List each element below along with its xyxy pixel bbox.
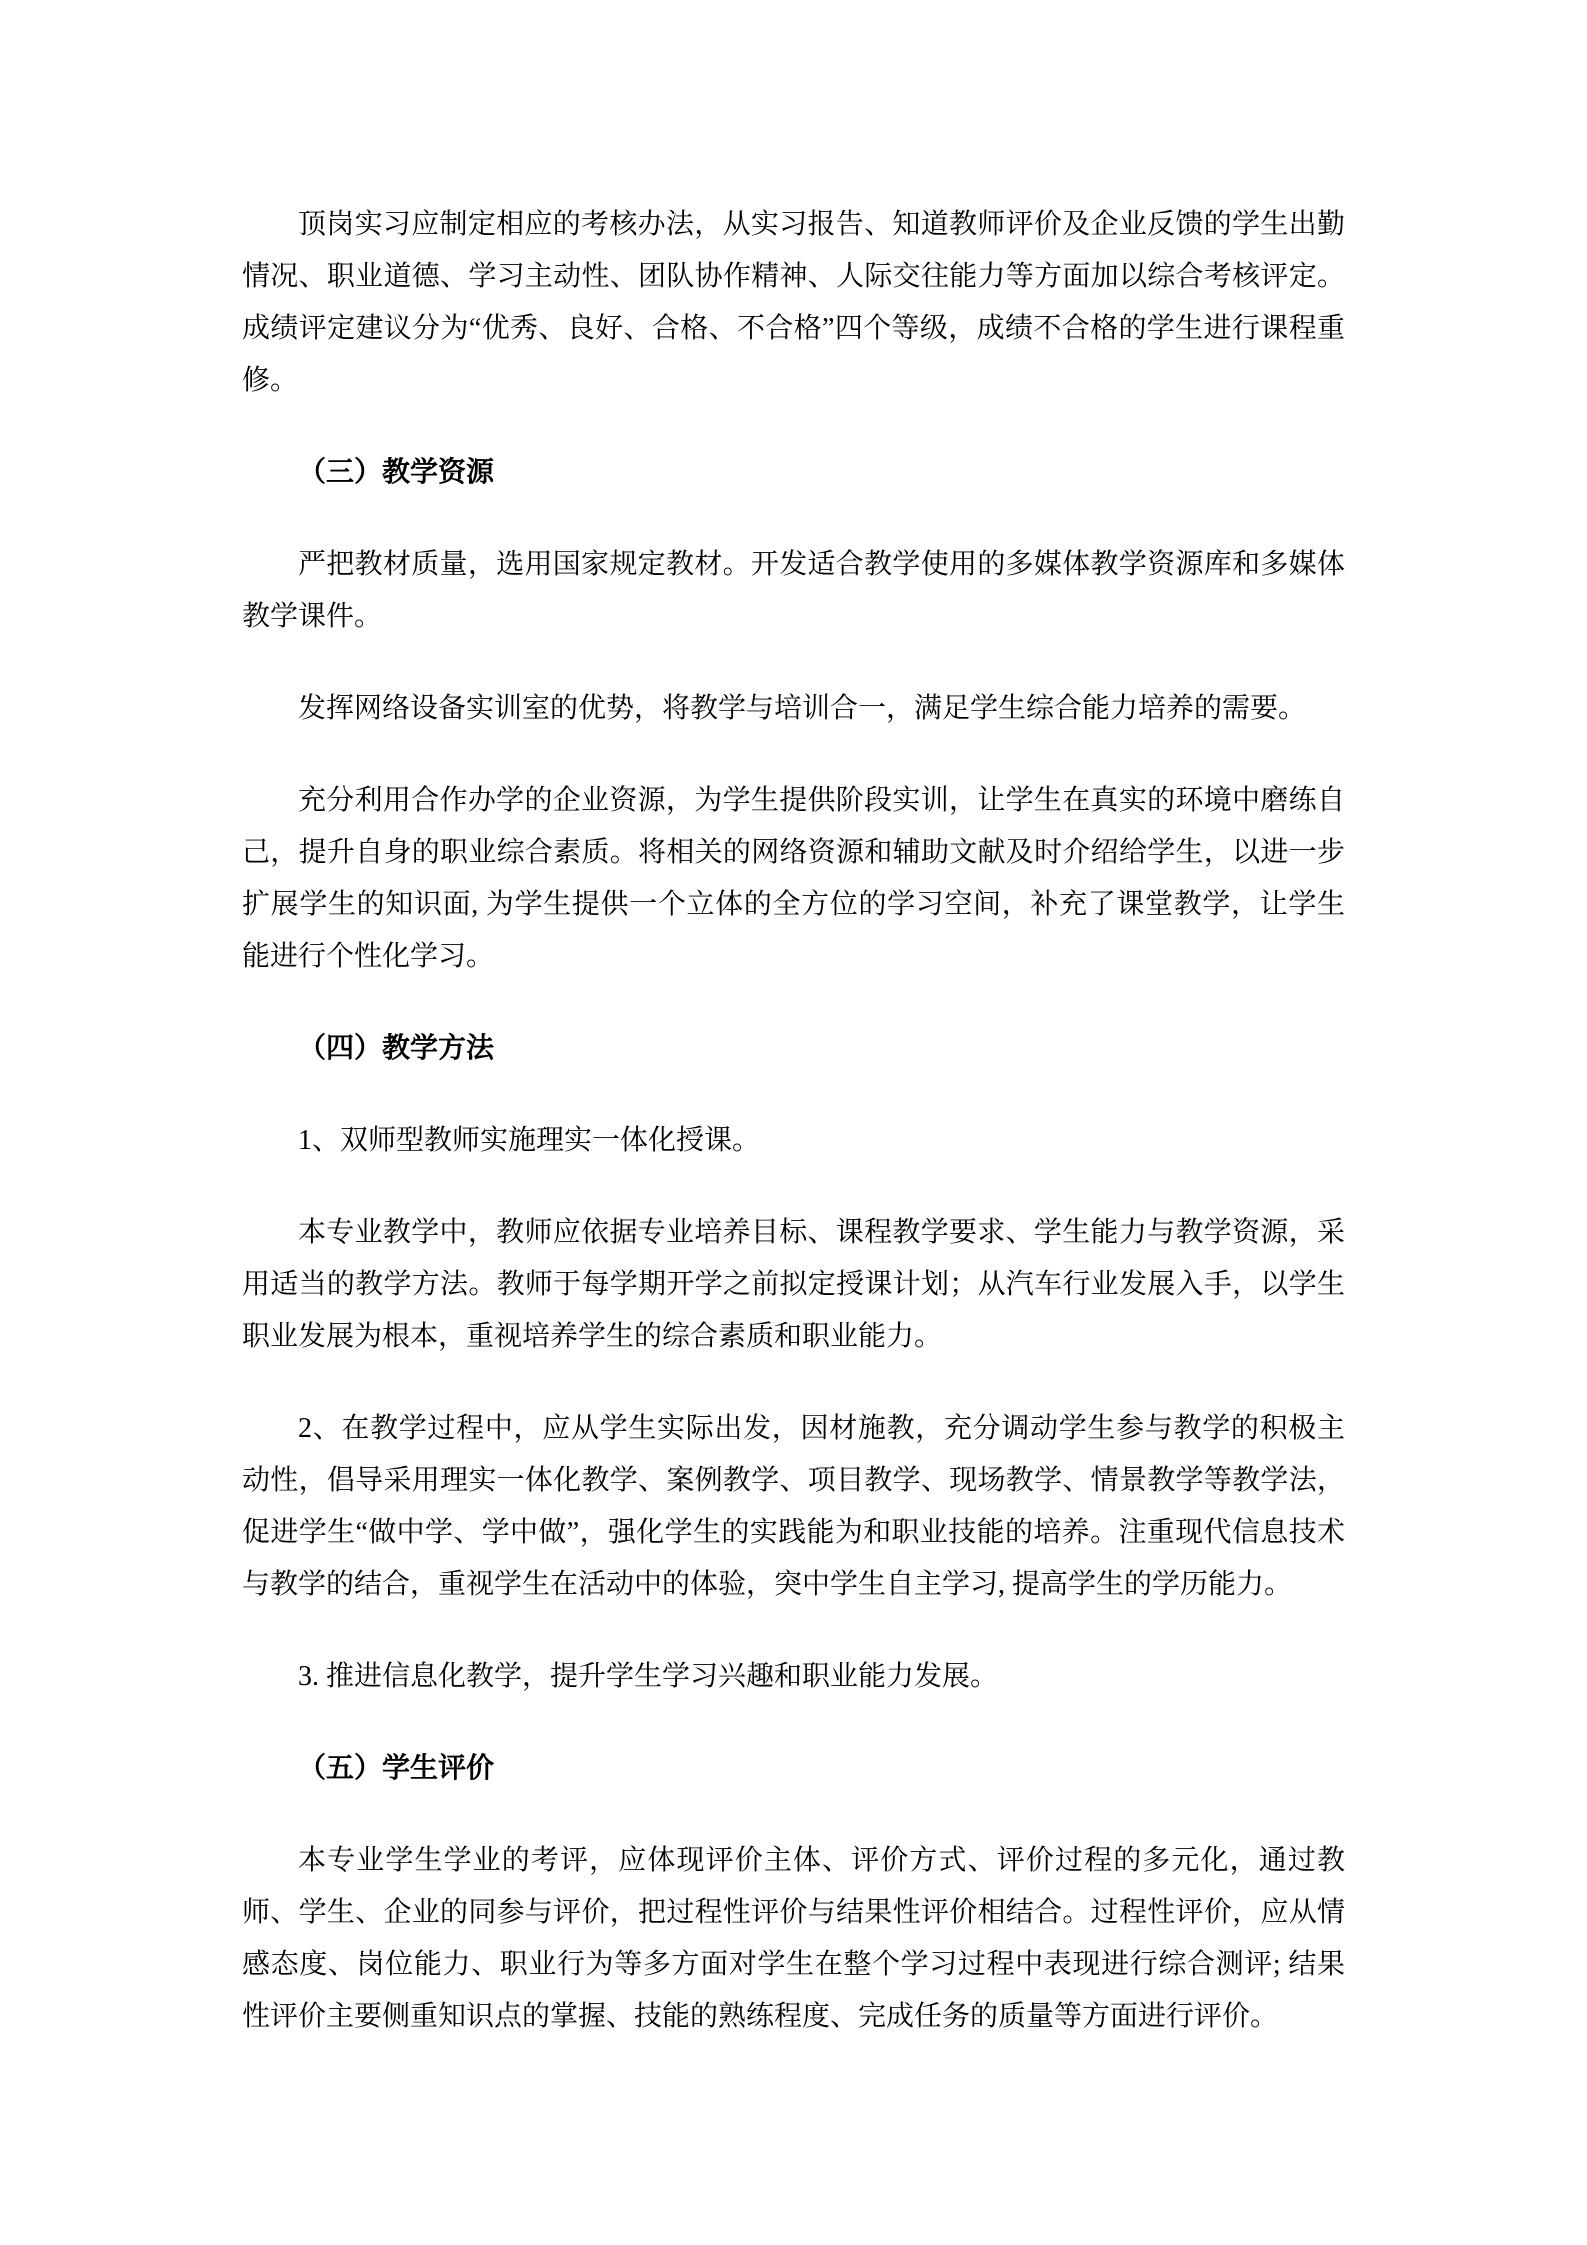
paragraph-textbook-quality: 严把教材质量，选用国家规定教材。开发适合教学使用的多媒体教学资源库和多媒体教学课…	[242, 539, 1345, 643]
section-heading-student-evaluation: （五）学生评价	[242, 1743, 1345, 1795]
paragraph-evaluation-detail: 本专业学生学业的考评，应体现评价主体、评价方式、评价过程的多元化，通过教师、学生…	[242, 1835, 1345, 2043]
document-page: 顶岗实习应制定相应的考核办法，从实习报告、知道教师评价及企业反馈的学生出勤情况、…	[0, 0, 1587, 2245]
paragraph-teaching-plan: 本专业教学中，教师应依据专业培养目标、课程教学要求、学生能力与教学资源，采用适当…	[242, 1207, 1345, 1363]
paragraph-internship-assessment: 顶岗实习应制定相应的考核办法，从实习报告、知道教师评价及企业反馈的学生出勤情况、…	[242, 199, 1345, 407]
paragraph-enterprise-resources: 充分利用合作办学的企业资源，为学生提供阶段实训，让学生在真实的环境中磨练自己，提…	[242, 775, 1345, 983]
paragraph-method-item-1: 1、双师型教师实施理实一体化授课。	[242, 1115, 1345, 1167]
paragraph-network-lab: 发挥网络设备实训室的优势，将教学与培训合一，满足学生综合能力培养的需要。	[242, 683, 1345, 735]
section-heading-teaching-resources: （三）教学资源	[242, 447, 1345, 499]
paragraph-method-item-2: 2、在教学过程中，应从学生实际出发，因材施教，充分调动学生参与教学的积极主动性，…	[242, 1403, 1345, 1611]
section-heading-teaching-methods: （四）教学方法	[242, 1023, 1345, 1075]
paragraph-method-item-3: 3. 推进信息化教学，提升学生学习兴趣和职业能力发展。	[242, 1651, 1345, 1703]
